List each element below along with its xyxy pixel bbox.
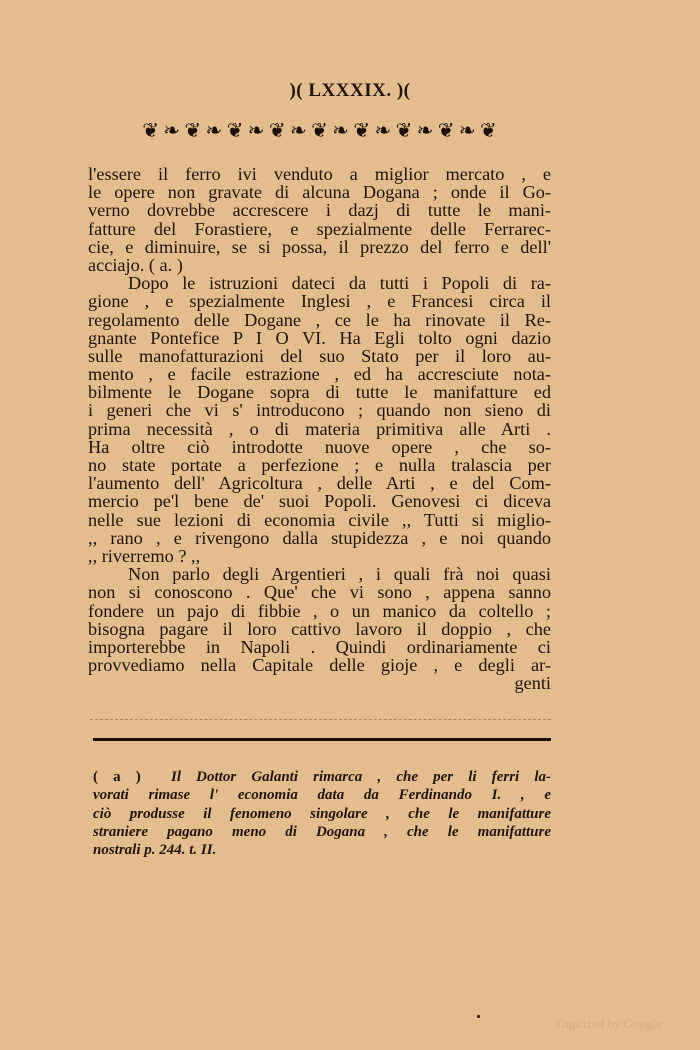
footnote-separator-rule <box>93 738 551 741</box>
text-line: fatture del Forastiere, e spezialmente d… <box>88 220 551 238</box>
footnote-text: Il Dottor Galanti rimarca , che per li f… <box>171 769 551 785</box>
text-line: no state portate a perfezione ; e nulla … <box>88 456 551 474</box>
text-line: regolamento delle Dogane , ce le ha rino… <box>88 311 551 329</box>
text-line: ,, rano , e rivengono dalla stupidezza ,… <box>88 529 551 547</box>
text-line: ,, riverremo ? ,, <box>88 547 551 565</box>
footnote-marker: ( a ) <box>93 769 141 785</box>
text-line: gnante Pontefice P I O VI. Ha Egli tolto… <box>88 329 551 347</box>
paragraph-start-line: Non parlo degli Argentieri , i quali frà… <box>88 565 551 583</box>
text-line: l'essere il ferro ivi venduto a miglior … <box>88 165 551 183</box>
text-line: i generi che vi s' introducono ; quando … <box>88 401 551 419</box>
text-line: prima necessità , o di materia primitiva… <box>88 420 551 438</box>
footnote-block: ( a ) Il Dottor Galanti rimarca , che pe… <box>93 768 551 859</box>
text-line: sulle manofatturazioni del suo Stato per… <box>88 347 551 365</box>
digitization-watermark: Digitized by Google <box>556 1016 662 1032</box>
faint-dotted-rule <box>90 719 551 720</box>
footnote-line: ( a ) Il Dottor Galanti rimarca , che pe… <box>93 768 551 786</box>
text-line: Ha oltre ciò introdotte nuove opere , ch… <box>88 438 551 456</box>
text-line: provvediamo nella Capitale delle gioje ,… <box>88 656 551 674</box>
text-line: importerebbe in Napoli . Quindi ordinari… <box>88 638 551 656</box>
footnote-line: ciò produsse il fenomeno singolare , che… <box>93 805 551 823</box>
text-line: gione , e spezialmente Inglesi , e Franc… <box>88 292 551 310</box>
text-line: mento , e facile estrazione , ed ha accr… <box>88 365 551 383</box>
text-line: mercio pe'l bene de' suoi Popoli. Genove… <box>88 492 551 510</box>
decorative-ornament-band: ❦ ❧ ❦ ❧ ❦ ❧ ❦ ❧ ❦ ❧ ❦ ❧ ❦ ❧ ❦ ❧ ❦ <box>88 117 550 143</box>
text-line: l'aumento dell' Agricoltura , delle Arti… <box>88 474 551 492</box>
text-line: cie, e diminuire, se si possa, il prezzo… <box>88 238 551 256</box>
text-line: acciajo. ( a. ) <box>88 256 551 274</box>
catchword: genti <box>88 674 551 692</box>
text-line: nelle sue lezioni di economia civile ,, … <box>88 511 551 529</box>
text-line: bisogna pagare il loro cattivo lavoro il… <box>88 620 551 638</box>
text-line: non si conoscono . Que' che vi sono , ap… <box>88 583 551 601</box>
footnote-line: vorati rimase l' economia data da Ferdin… <box>93 786 551 804</box>
ink-speck <box>477 1015 480 1018</box>
footnote-line: nostrali p. 244. t. II. <box>93 841 551 859</box>
footnote-line: straniere pagano meno di Dogana , che le… <box>93 823 551 841</box>
text-line: verno dovrebbe accrescere i dazj di tutt… <box>88 201 551 219</box>
main-text-block: l'essere il ferro ivi venduto a miglior … <box>88 165 551 692</box>
page-number-header: )( LXXXIX. )( <box>0 80 700 102</box>
text-line: fondere un pajo di fibbie , o un manico … <box>88 602 551 620</box>
text-line: le opere non gravate di alcuna Dogana ; … <box>88 183 551 201</box>
paragraph-start-line: Dopo le istruzioni dateci da tutti i Pop… <box>88 274 551 292</box>
text-line: bilmente le Dogane sopra di tutte le man… <box>88 383 551 401</box>
